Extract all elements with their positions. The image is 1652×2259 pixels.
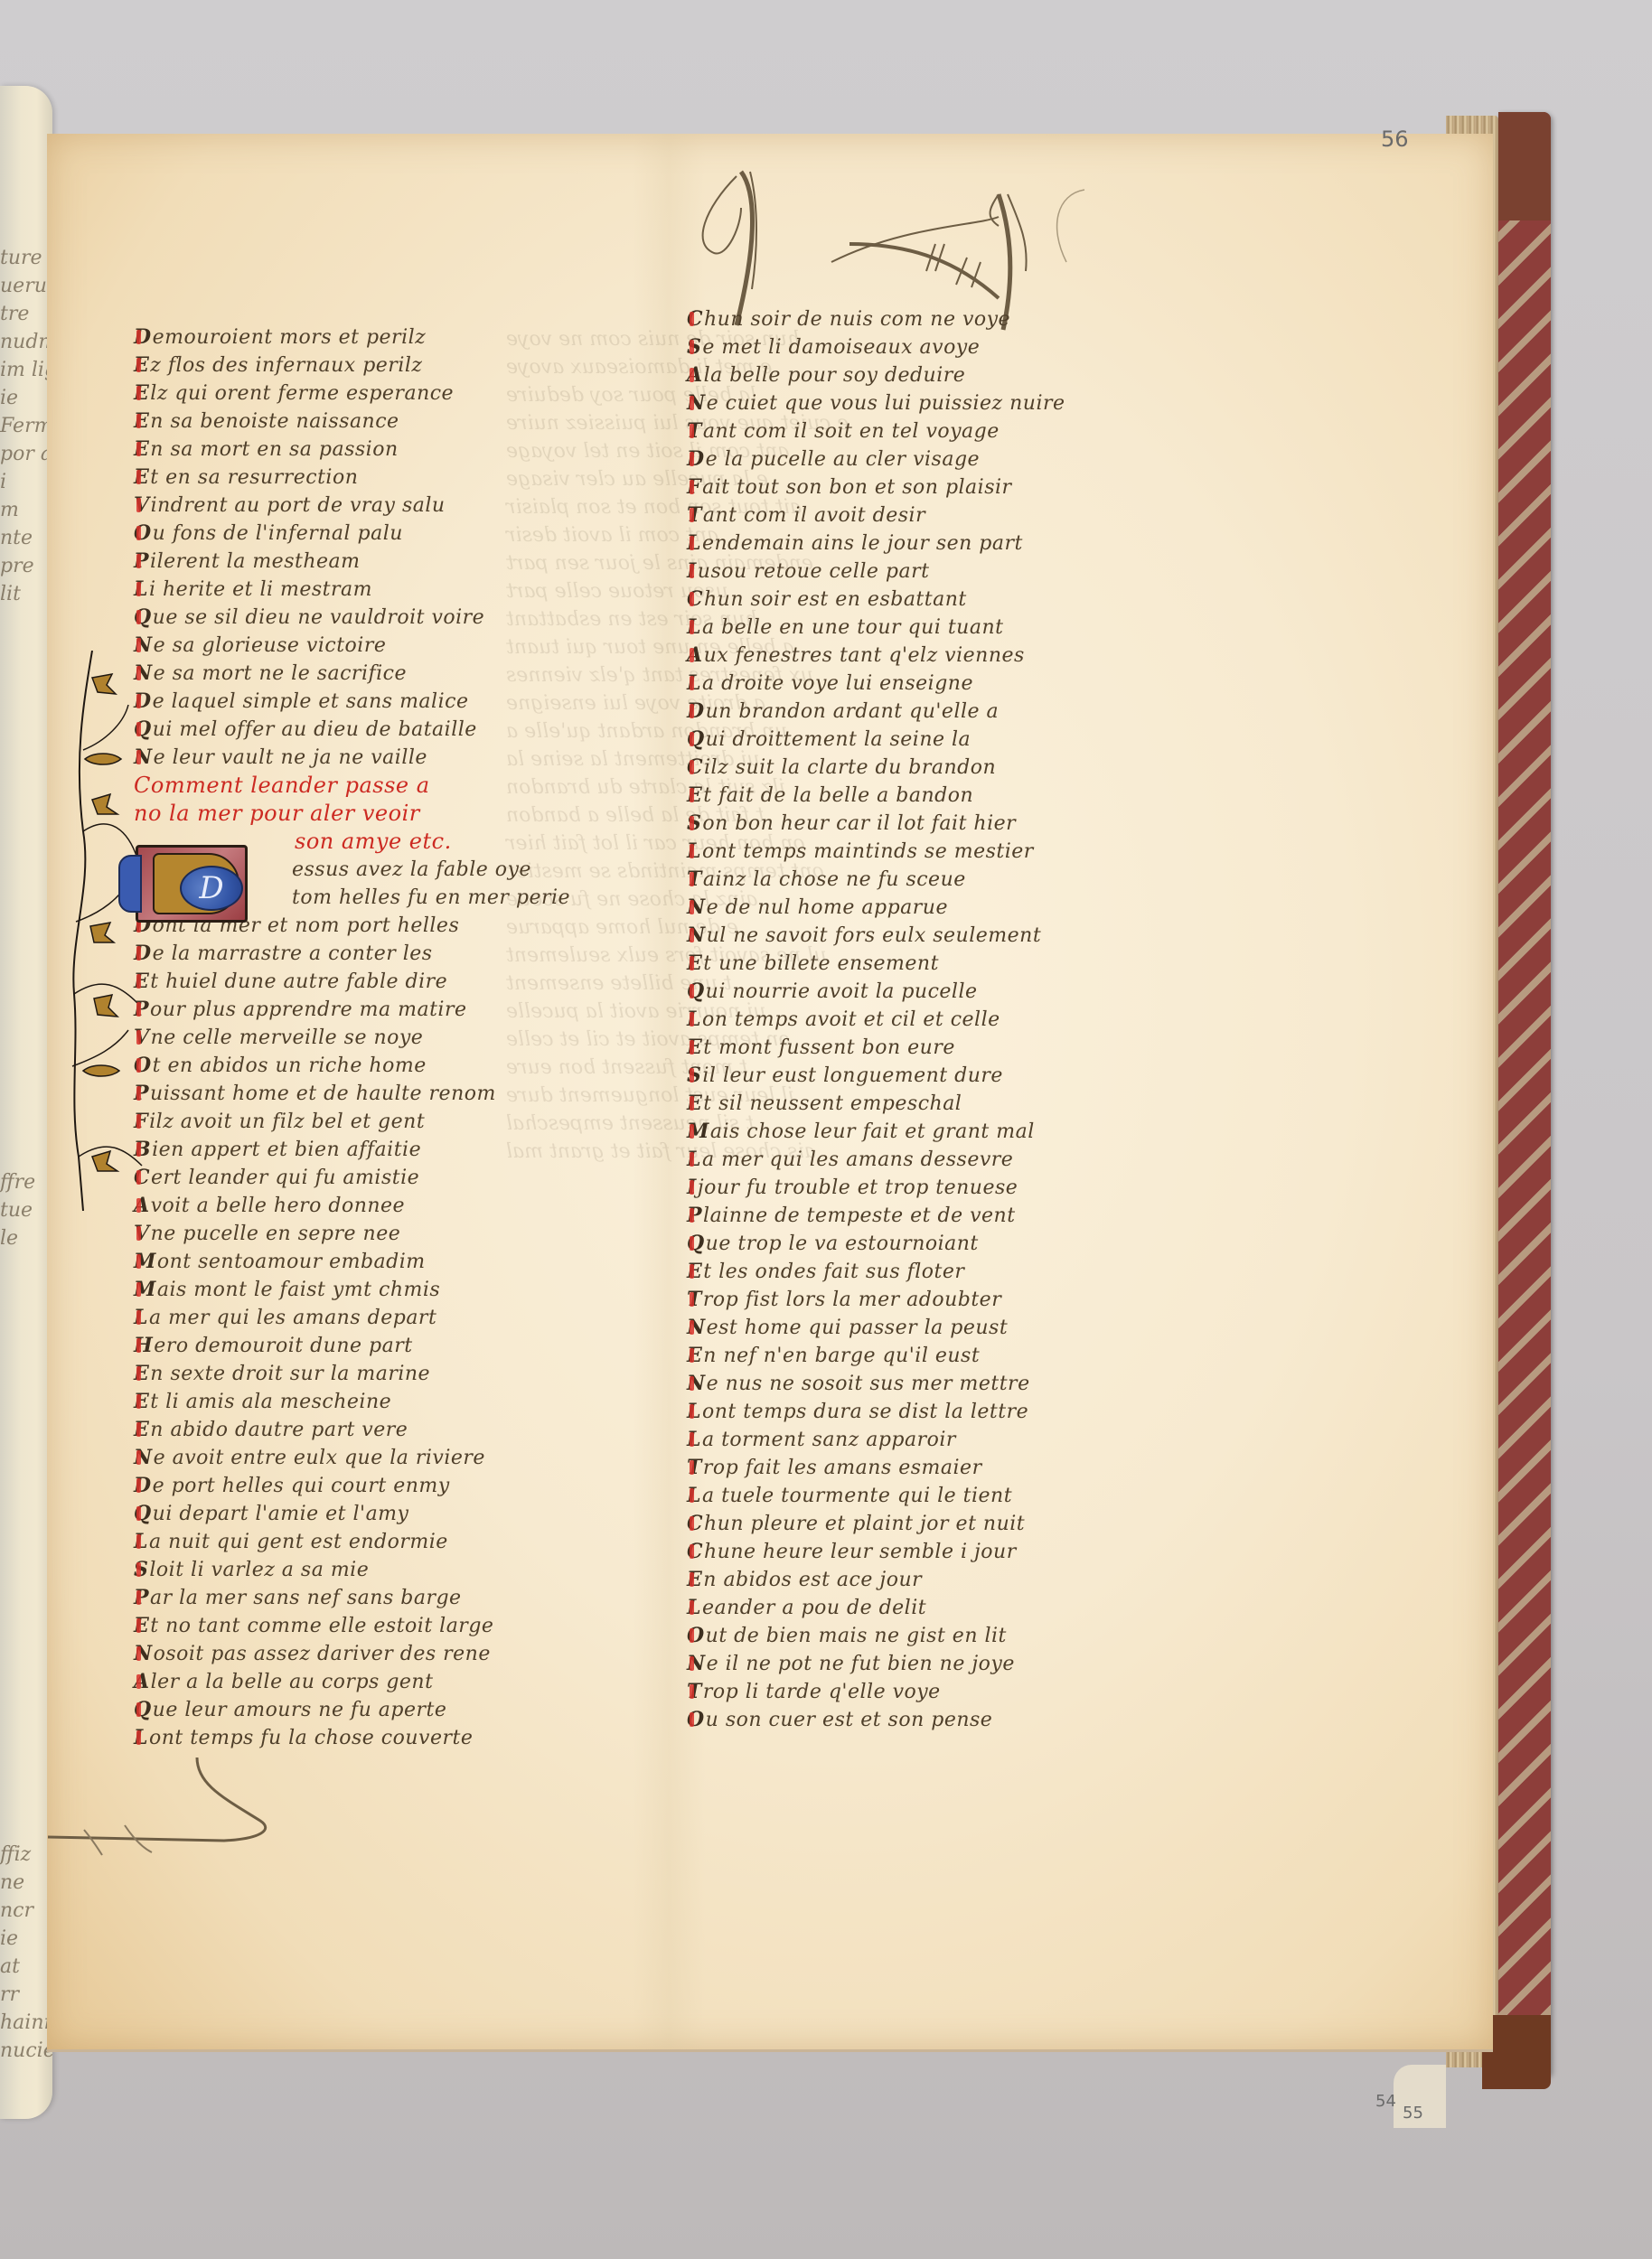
rubricated-initial: E	[687, 1258, 702, 1286]
verse-line: Demouroient mors et perilz	[134, 323, 570, 352]
rubricated-initial: L	[687, 1594, 701, 1622]
verse-text: ont temps dura se dist la lettre	[702, 1401, 1028, 1423]
verse-text: ue leur amours ne fu aperte	[153, 1699, 447, 1721]
verse-line: La belle en une tour qui tuant	[687, 614, 1065, 642]
verse-text: t no tant comme elle estoit large	[150, 1615, 493, 1637]
rubricated-initial: E	[687, 950, 702, 978]
verse-line: Qui droittement la seine la	[687, 726, 1065, 754]
facing-page-text-fragment: lit	[0, 580, 21, 608]
verse-text: ilerent la mestheam	[150, 550, 360, 573]
facing-page-text-fragment: ie	[0, 1925, 18, 1953]
rubricated-initial: S	[687, 1062, 701, 1090]
rubricated-initial: F	[687, 473, 701, 501]
verse-text: ont temps fu la chose couverte	[149, 1727, 473, 1749]
verse-line: En abidos est ace jour	[687, 1566, 1065, 1594]
rubricated-initial: L	[687, 1398, 701, 1426]
verse-line: Que se sil dieu ne vauldroit voire	[134, 604, 570, 632]
rubricated-initial: P	[134, 1584, 149, 1612]
verse-line: Tainz la chose ne fu sceue	[687, 866, 1065, 894]
verse-line: Qui mel offer au dieu de bataille	[134, 716, 570, 744]
rubricated-initial: E	[134, 408, 149, 436]
rubricated-initial: H	[134, 1332, 153, 1360]
verse-line: Son bon heur car il lot fait hier	[687, 810, 1065, 838]
facing-page-text-fragment: at	[0, 1953, 20, 1981]
facing-page-text-fragment: tre	[0, 300, 29, 328]
verse-text: t fait de la belle a bandon	[703, 784, 973, 807]
verse-text: ero demouroit dune part	[154, 1335, 412, 1357]
rubricated-initial: E	[134, 1388, 149, 1416]
verse-line: En nef n'en barge qu'il eust	[687, 1342, 1065, 1370]
facing-page-text-fragment: m	[0, 496, 19, 524]
verse-line: De la marrastre a conter les	[134, 940, 570, 968]
verse-line: En sa mort en sa passion	[134, 436, 570, 464]
verse-line: Que leur amours ne fu aperte	[134, 1696, 570, 1724]
rubricated-initial: O	[687, 1622, 705, 1650]
verse-text: e avoit entre eulx que la riviere	[154, 1447, 485, 1469]
verse-text: t en sa resurrection	[150, 466, 358, 489]
rubricated-initial: E	[134, 968, 149, 996]
verse-line: Nosoit pas assez dariver des rene	[134, 1640, 570, 1668]
facing-page-text-fragment: Fermer	[0, 412, 52, 440]
rubricated-initial: A	[687, 361, 703, 389]
verse-line: De laquel simple et sans malice	[134, 688, 570, 716]
facing-page-text-fragment: ie	[0, 384, 18, 412]
verse-text: rop li tarde q'elle voye	[703, 1681, 941, 1703]
verse-text: ler a la belle au corps gent	[151, 1671, 434, 1693]
verse-line: La tuele tourmente qui le tient	[687, 1482, 1065, 1510]
verse-text: uissant home et de haulte renom	[150, 1083, 496, 1105]
rubricated-initial: P	[687, 1202, 702, 1230]
rubricated-initial: M	[687, 1118, 709, 1146]
facing-page-text-fragment: i	[0, 468, 6, 496]
rubricated-initial: M	[134, 1276, 156, 1304]
rubricated-initial: T	[687, 866, 702, 894]
rubricated-initial: N	[134, 632, 153, 660]
rubricated-initial: C	[687, 1510, 703, 1538]
initial-blue-bowl: D	[180, 866, 243, 911]
verse-text: osoit pas assez dariver des rene	[154, 1643, 491, 1665]
verse-line: Ne cuiet que vous lui puissiez nuire	[687, 389, 1065, 417]
rubricated-initial: E	[134, 436, 149, 464]
verse-line: Ala belle pour soy deduire	[687, 361, 1065, 389]
verse-text: ne pucelle en sepre nee	[151, 1223, 401, 1245]
verse-line: Aler a la belle au corps gent	[134, 1668, 570, 1696]
verse-line: Nul ne savoit fors eulx seulement	[687, 922, 1065, 950]
rubricated-initial: D	[134, 940, 152, 968]
verse-line: Mont sentoamour embadim	[134, 1248, 570, 1276]
folio-number-top: 56	[1381, 127, 1409, 152]
verse-text: e cuiet que vous lui puissiez nuire	[707, 392, 1065, 415]
facing-page-text-fragment: ffiz	[0, 1841, 31, 1869]
rubricated-initial: E	[134, 1612, 149, 1640]
verse-text: e port helles qui court enmy	[153, 1475, 450, 1497]
verse-line: Hero demouroit dune part	[134, 1332, 570, 1360]
rubricated-initial: N	[134, 1640, 153, 1668]
verse-text: ue se sil dieu ne vauldroit voire	[153, 606, 485, 629]
facing-page-text-fragment: nucien	[0, 2037, 52, 2065]
verse-text: hun soir de nuis com ne voye	[704, 308, 1010, 331]
verse-text: ut de bien mais ne gist en lit	[706, 1625, 1007, 1647]
verse-line: Et huiel dune autre fable dire	[134, 968, 570, 996]
verse-text: t une billete ensement	[703, 952, 939, 975]
rubricated-initial: C	[687, 305, 703, 333]
facing-page-text-fragment: ne	[0, 1869, 24, 1897]
verse-line: Vindrent au port de vray salu	[134, 492, 570, 520]
rubricated-initial: T	[687, 501, 702, 530]
verse-text: n nef n'en barge qu'il eust	[703, 1345, 980, 1367]
verse-text: ar la mer sans nef sans barge	[150, 1587, 462, 1609]
verse-text: u son cuer est et son pense	[706, 1709, 993, 1731]
verse-text: t sil neussent empeschal	[703, 1092, 962, 1115]
rubricated-initial: P	[134, 548, 149, 576]
rubricated-initial: S	[134, 1556, 148, 1584]
verse-line: Ne sa glorieuse victoire	[134, 632, 570, 660]
verse-text: il leur eust longuement dure	[702, 1064, 1003, 1087]
verse-line: Ne il ne pot ne fut bien ne joye	[687, 1650, 1065, 1678]
verse-line: Trop fist lors la mer adoubter	[687, 1286, 1065, 1314]
verse-text: lz qui orent ferme esperance	[150, 382, 454, 405]
verse-line: Fait tout son bon et son plaisir	[687, 473, 1065, 501]
verse-text: n abidos est ace jour	[703, 1569, 922, 1591]
verse-text: ont temps maintinds se mestier	[702, 840, 1034, 863]
facing-page-text-fragment: pre	[0, 552, 34, 580]
rubricated-initial: Q	[687, 726, 705, 754]
rubricated-initial: O	[687, 1706, 705, 1734]
verse-text: e la pucelle au cler visage	[706, 448, 980, 471]
verse-text: ui depart l'amie et l'amy	[153, 1503, 409, 1525]
verse-text: e la marrastre a conter les	[153, 942, 433, 965]
verse-text: ul ne savoit fors eulx seulement	[707, 924, 1042, 947]
rubric-heading: Comment leander passe a	[134, 772, 570, 800]
verse-line: La mer qui les amans depart	[134, 1304, 570, 1332]
verse-line: Ne avoit entre eulx que la riviere	[134, 1444, 570, 1472]
verse-text: i herite et li mestram	[149, 578, 372, 601]
verse-line: Nest home qui passer la peust	[687, 1314, 1065, 1342]
verse-line: Tant com il soit en tel voyage	[687, 417, 1065, 445]
verse-text: z flos des infernaux perilz	[150, 354, 422, 377]
facing-page-text-fragment: le	[0, 1224, 18, 1252]
verse-text: e sa mort ne le sacrifice	[154, 662, 407, 685]
rubricated-initial: L	[134, 1528, 148, 1556]
verse-text: ait tout son bon et son plaisir	[702, 476, 1011, 499]
verse-line: Ez flos des infernaux perilz	[134, 352, 570, 380]
verse-text: ien appert et bien affaitie	[152, 1139, 421, 1161]
verse-line: Et li amis ala mescheine	[134, 1388, 570, 1416]
verse-line: Chun soir de nuis com ne voye	[687, 305, 1065, 333]
verse-line: La droite voye lui enseigne	[687, 670, 1065, 698]
rubricated-initial: L	[687, 838, 701, 866]
verse-text: ne celle merveille se noye	[151, 1026, 424, 1049]
verse-text: ux fenestres tant q'elz viennes	[704, 644, 1025, 667]
rubricated-initial: E	[687, 1566, 702, 1594]
verse-text: essus avez la fable oye	[292, 858, 531, 881]
facing-page-text-fragment: ture	[0, 244, 42, 272]
illuminated-initial: D	[136, 845, 248, 923]
verse-line: Ne nus ne sosoit sus mer mettre	[687, 1370, 1065, 1398]
rubricated-initial: F	[134, 1108, 148, 1136]
verse-line: Et en sa resurrection	[134, 464, 570, 492]
verse-text: ais chose leur fait et grant mal	[710, 1120, 1035, 1143]
rubricated-initial: N	[687, 894, 706, 922]
verse-line: Chun soir est en esbattant	[687, 586, 1065, 614]
rubricated-initial: T	[687, 1286, 702, 1314]
verse-text: t les ondes fait sus floter	[703, 1261, 964, 1283]
verse-text: tom helles fu en mer perie	[292, 886, 570, 909]
verse-text: hune heure leur semble i jour	[704, 1541, 1017, 1563]
verse-line: Ne leur vault ne ja ne vaille	[134, 744, 570, 772]
rubricated-initial: Q	[134, 604, 152, 632]
rubricated-initial: A	[134, 1192, 150, 1220]
verse-line: Mais chose leur fait et grant mal	[687, 1118, 1065, 1146]
rubricated-initial: E	[687, 1034, 702, 1062]
rubricated-initial: N	[687, 1314, 706, 1342]
verse-text: e il ne pot ne fut bien ne joye	[707, 1653, 1015, 1675]
verse-text: e de nul home apparue	[707, 896, 948, 919]
rubricated-initial: B	[134, 1136, 151, 1164]
verse-line: Ne de nul home apparue	[687, 894, 1065, 922]
verse-text: ant com il soit en tel voyage	[703, 420, 1000, 443]
verse-line: Ijour fu trouble et trop tenuese	[687, 1174, 1065, 1202]
initial-blue-ornament	[118, 855, 142, 913]
verse-text: a nuit qui gent est endormie	[149, 1531, 448, 1553]
rubricated-initial: D	[687, 445, 705, 473]
rubricated-initial: E	[134, 380, 149, 408]
rubricated-initial: C	[687, 586, 703, 614]
rubricated-initial: N	[134, 744, 153, 772]
right-text-column: Chun soir de nuis com ne voyeSe met li d…	[687, 305, 1065, 1734]
verse-line: Elz qui orent ferme esperance	[134, 380, 570, 408]
rubricated-initial: L	[134, 1304, 148, 1332]
verse-text: n sexte droit sur la marine	[150, 1363, 430, 1385]
rubricated-initial: Q	[134, 1696, 152, 1724]
rubricated-initial: L	[687, 530, 701, 558]
rubricated-initial: L	[134, 1724, 148, 1752]
verse-text: a tuele tourmente qui le tient	[702, 1485, 1012, 1507]
verse-text: ilz avoit un filz bel et gent	[149, 1111, 425, 1133]
rubricated-initial: O	[134, 1052, 152, 1080]
rubricated-initial: S	[687, 810, 701, 838]
verse-line: Ou fons de l'infernal palu	[134, 520, 570, 548]
verse-line: Lendemain ains le jour sen part	[687, 530, 1065, 558]
verse-line: Se met li damoiseaux avoye	[687, 333, 1065, 361]
facing-page-text-fragment: uerune	[0, 272, 52, 300]
verse-text: t en abidos un riche home	[153, 1055, 427, 1077]
verse-text: ue trop le va estournoiant	[706, 1233, 979, 1255]
rubricated-initial: I	[687, 558, 697, 586]
rubricated-initial: E	[134, 352, 149, 380]
rubricated-initial: Q	[134, 716, 152, 744]
verse-text: jour fu trouble et trop tenuese	[698, 1176, 1018, 1199]
rubricated-initial: C	[134, 1164, 150, 1192]
rubricated-initial: L	[687, 614, 701, 642]
verse-text: t huiel dune autre fable dire	[150, 970, 447, 993]
facing-page-text-fragment: ffre	[0, 1168, 35, 1196]
verse-line: Avoit a belle hero donnee	[134, 1192, 570, 1220]
verse-text: on bon heur car il lot fait hier	[702, 812, 1016, 835]
rubricated-initial: V	[134, 492, 150, 520]
facing-page-text-fragment: nudnaue	[0, 328, 52, 356]
verse-line: Et no tant comme elle estoit large	[134, 1612, 570, 1640]
verse-line: Sloit li varlez a sa mie	[134, 1556, 570, 1584]
verse-line: De port helles qui court enmy	[134, 1472, 570, 1500]
verse-line: Et sil neussent empeschal	[687, 1090, 1065, 1118]
verse-text: la belle pour soy deduire	[704, 364, 966, 387]
rubricated-initial: D	[134, 688, 152, 716]
verse-line: Out de bien mais ne gist en lit	[687, 1622, 1065, 1650]
rubricated-initial: P	[134, 996, 149, 1024]
verse-text: ui mel offer au dieu de bataille	[153, 718, 477, 741]
verse-line: Pilerent la mestheam	[134, 548, 570, 576]
rubricated-initial: N	[687, 1650, 706, 1678]
rubricated-initial: I	[687, 1174, 697, 1202]
verse-text: voit a belle hero donnee	[151, 1195, 406, 1217]
verse-text: a mer qui les amans dessevre	[702, 1148, 1013, 1171]
verse-line: Lont temps maintinds se mestier	[687, 838, 1065, 866]
verse-text: eander a pou de delit	[702, 1597, 926, 1619]
facing-page-text-fragment: im lignage	[0, 356, 52, 384]
verse-line: Par la mer sans nef sans barge	[134, 1584, 570, 1612]
verse-text: ilz suit la clarte du brandon	[704, 756, 996, 779]
binding-cover-top	[1498, 112, 1551, 220]
facing-page-text-fragment: rr	[0, 1981, 19, 2009]
verse-line: Li herite et li mestram	[134, 576, 570, 604]
verse-line: Que trop le va estournoiant	[687, 1230, 1065, 1258]
verse-line: Qui depart l'amie et l'amy	[134, 1500, 570, 1528]
rubricated-initial: D	[687, 698, 705, 726]
rubricated-initial: E	[687, 1090, 702, 1118]
verse-line: Sil leur eust longuement dure	[687, 1062, 1065, 1090]
rubricated-initial: E	[134, 464, 149, 492]
verse-text: a mer qui les amans depart	[149, 1307, 436, 1329]
verse-line: En sa benoiste naissance	[134, 408, 570, 436]
rubric-heading: no la mer pour aler veoir	[134, 800, 570, 828]
rubricated-initial: L	[687, 1426, 701, 1454]
rubricated-initial: L	[687, 670, 701, 698]
rubricated-initial: V	[134, 1024, 150, 1052]
rubricated-initial: E	[134, 1360, 149, 1388]
verse-text: e nus ne sosoit sus mer mettre	[707, 1373, 1030, 1395]
facing-page-text-fragment: tue	[0, 1196, 33, 1224]
verse-line: Bien appert et bien affaitie	[134, 1136, 570, 1164]
verse-text: ainz la chose ne fu sceue	[703, 868, 966, 891]
verse-line: En sexte droit sur la marine	[134, 1360, 570, 1388]
verse-text: un brandon ardant qu'elle a	[706, 700, 1000, 723]
rubricated-initial: T	[687, 1678, 702, 1706]
verse-line: Leander a pou de delit	[687, 1594, 1065, 1622]
verse-line: Lont temps fu la chose couverte	[134, 1724, 570, 1752]
verse-line: Mais mont le faist ymt chmis	[134, 1276, 570, 1304]
verse-line: En abido dautre part vere	[134, 1416, 570, 1444]
verse-text: a torment sanz apparoir	[702, 1429, 956, 1451]
folio-number-bottom-new: 55	[1403, 2104, 1423, 2123]
verse-line: Vne pucelle en sepre nee	[134, 1220, 570, 1248]
rubricated-initial: Q	[134, 1500, 152, 1528]
rubricated-initial: S	[687, 333, 701, 361]
verse-text: ais mont le faist ymt chmis	[157, 1279, 440, 1301]
rubricated-initial: C	[687, 1538, 703, 1566]
rubricated-initial: Q	[687, 1230, 705, 1258]
verse-line: Plainne de tempeste et de vent	[687, 1202, 1065, 1230]
verse-line: De la pucelle au cler visage	[687, 445, 1065, 473]
rubricated-initial: L	[687, 1146, 701, 1174]
verse-text: a belle en une tour qui tuant	[702, 616, 1004, 639]
rubricated-initial: N	[134, 660, 153, 688]
rubricated-initial: P	[134, 1080, 149, 1108]
rubricated-initial: A	[687, 642, 703, 670]
verse-text: ant com il avoit desir	[703, 504, 925, 527]
verse-text: e sa glorieuse victoire	[154, 634, 387, 657]
verse-text: n sa benoiste naissance	[150, 410, 399, 433]
verse-line: Ou son cuer est et son pense	[687, 1706, 1065, 1734]
verse-line: Dun brandon ardant qu'elle a	[687, 698, 1065, 726]
rubricated-initial: T	[687, 417, 702, 445]
binding-cover	[1498, 112, 1551, 2077]
verse-line: Et une billete ensement	[687, 950, 1065, 978]
verse-text: emouroient mors et perilz	[153, 326, 427, 349]
rubricated-initial: E	[687, 782, 702, 810]
verse-text: e leur vault ne ja ne vaille	[154, 746, 427, 769]
verse-line: Tant com il avoit desir	[687, 501, 1065, 530]
verse-line: Chune heure leur semble i jour	[687, 1538, 1065, 1566]
facing-page-text-fragment: nte	[0, 524, 33, 552]
verse-text: n abido dautre part vere	[150, 1419, 408, 1441]
initial-gold-ground: D	[153, 853, 239, 914]
verse-text: our plus apprendre ma matire	[150, 998, 466, 1021]
verse-text: n sa mort en sa passion	[150, 438, 398, 461]
verse-text: est home qui passer la peust	[707, 1317, 1009, 1339]
rubricated-initial: N	[687, 389, 706, 417]
rubricated-initial: N	[134, 1444, 153, 1472]
rubricated-initial: A	[134, 1668, 150, 1696]
rubricated-initial: D	[134, 323, 152, 352]
verse-text: ont sentoamour embadim	[157, 1251, 426, 1273]
rubricated-initial: T	[687, 1454, 702, 1482]
verse-line: Pour plus apprendre ma matire	[134, 996, 570, 1024]
verse-line: Chun pleure et plaint jor et nuit	[687, 1510, 1065, 1538]
verse-text: loit li varlez a sa mie	[149, 1559, 369, 1581]
verse-line: Et mont fussent bon eure	[687, 1034, 1065, 1062]
facing-page-text-fragment: por amye	[0, 440, 52, 468]
rubricated-initial: M	[134, 1248, 156, 1276]
verse-text: ert leander qui fu amistie	[151, 1167, 419, 1189]
verse-line: Aux fenestres tant q'elz viennes	[687, 642, 1065, 670]
verse-line: Trop fait les amans esmaier	[687, 1454, 1065, 1482]
verse-line: Ot en abidos un riche home	[134, 1052, 570, 1080]
verse-line: Et fait de la belle a bandon	[687, 782, 1065, 810]
rubricated-initial: N	[687, 922, 706, 950]
verse-text: rop fait les amans esmaier	[703, 1457, 982, 1479]
verse-text: u fons de l'infernal palu	[153, 522, 403, 545]
verse-text: on temps avoit et cil et celle	[702, 1008, 1000, 1031]
rubricated-initial: D	[134, 1472, 152, 1500]
verse-text: lainne de tempeste et de vent	[703, 1204, 1016, 1227]
rubricated-initial: L	[687, 1006, 701, 1034]
verse-line: Iusou retoue celle part	[687, 558, 1065, 586]
rubricated-initial: O	[134, 520, 152, 548]
rubricated-initial: C	[687, 754, 703, 782]
verse-text: indrent au port de vray salu	[151, 494, 446, 517]
verse-text: e met li damoiseaux avoye	[702, 336, 980, 359]
initial-letter: D	[182, 867, 241, 909]
verse-line: Puissant home et de haulte renom	[134, 1080, 570, 1108]
verse-text: endemain ains le jour sen part	[702, 532, 1023, 555]
folio-number-bottom-old: 54	[1375, 2092, 1396, 2111]
rubricated-initial: L	[134, 576, 148, 604]
verse-line: La mer qui les amans dessevre	[687, 1146, 1065, 1174]
rubricated-initial: E	[134, 1416, 149, 1444]
verse-text: e laquel simple et sans malice	[153, 690, 469, 713]
verse-text: hun soir est en esbattant	[704, 588, 967, 611]
